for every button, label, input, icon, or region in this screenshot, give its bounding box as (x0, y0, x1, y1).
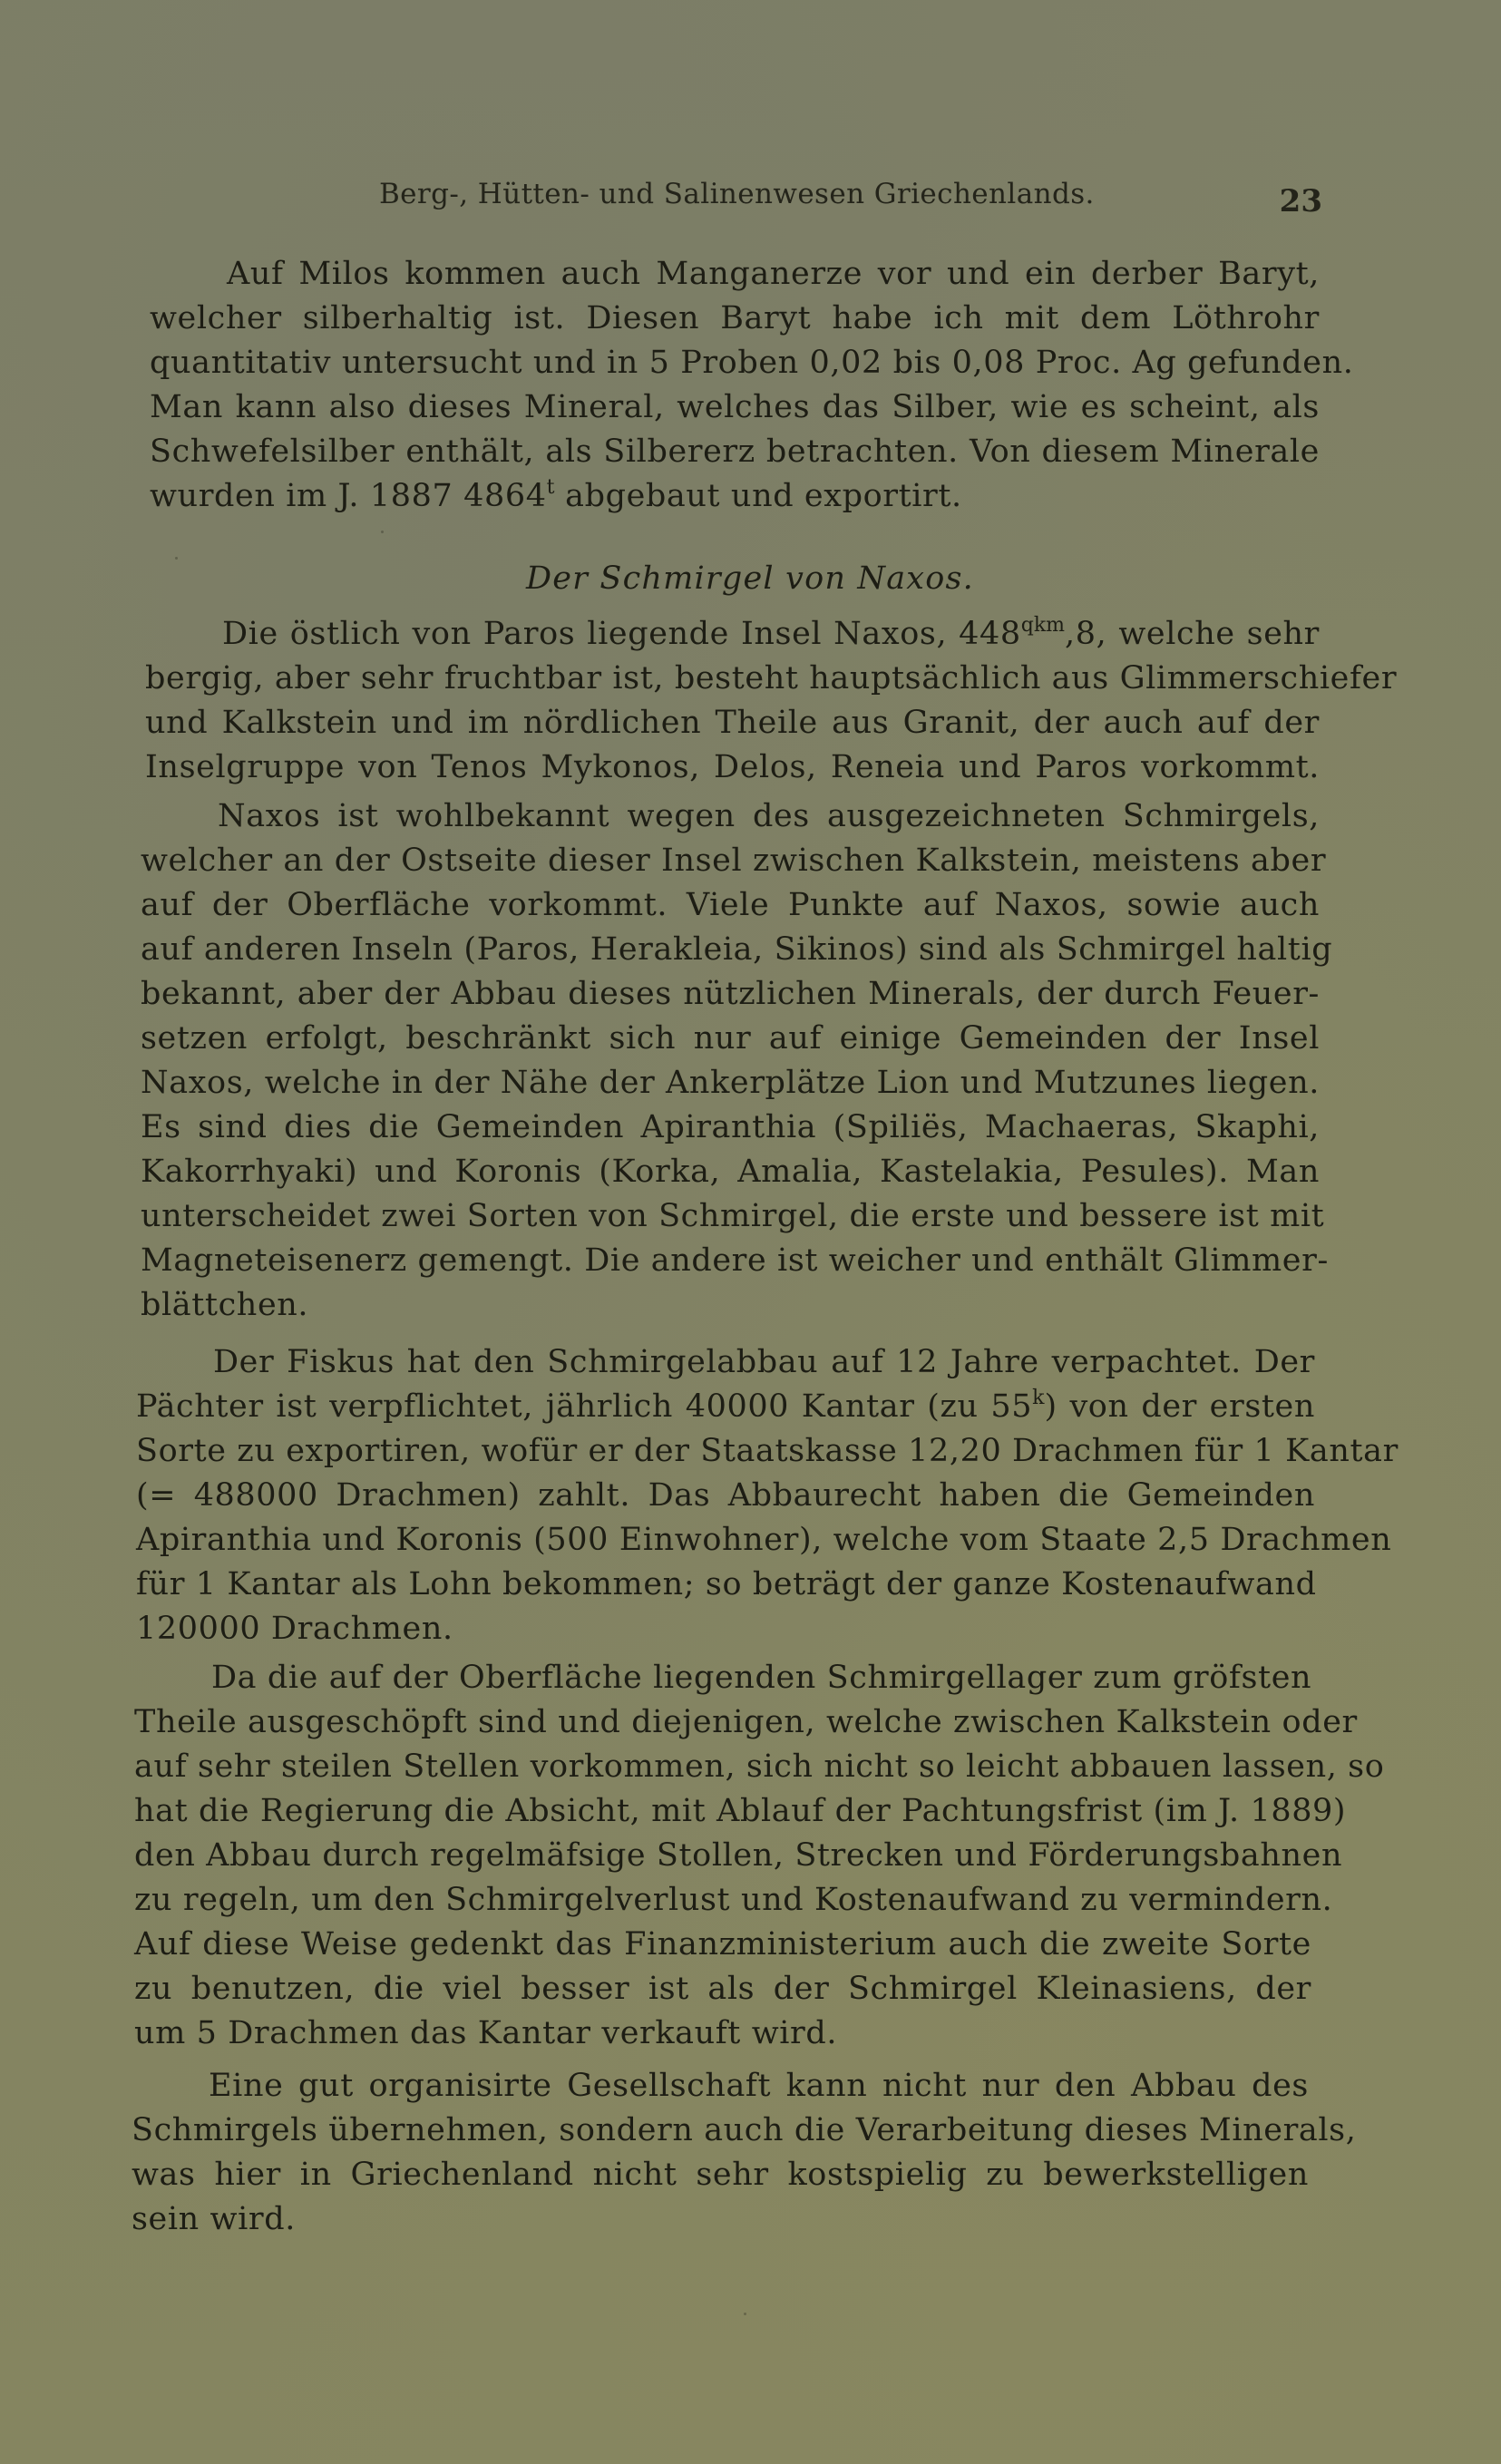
text-line: Es sind dies die Gemeinden Apiranthia (S… (141, 1105, 1320, 1150)
text-line: Schmirgels übernehmen, sondern auch die … (132, 2109, 1309, 2153)
text-line: blättchen. (141, 1283, 1320, 1328)
section-heading: Der Schmirgel von Naxos. (526, 560, 974, 597)
superscript-unit: qkm (1021, 614, 1065, 637)
text-line: auf sehr steilen Stellen vorkommen, sich… (134, 1745, 1311, 1789)
paragraph-gesellschaft: Eine gut organisirte Gesellschaft kann n… (132, 2064, 1309, 2242)
text-line: wurden im J. 1887 4864t abgebaut und exp… (150, 474, 1320, 519)
text-run: Pächter ist verpflichtet, jährlich 40000… (136, 1388, 1032, 1425)
text-run: abgebaut und exportirt. (554, 478, 961, 514)
paragraph-fiskus-pacht: Der Fiskus hat den Schmirgelabbau auf 12… (136, 1340, 1315, 1651)
text-line: um 5 Drachmen das Kantar verkauft wird. (134, 2011, 1311, 2056)
text-run: ,8, welche sehr (1065, 616, 1320, 652)
paragraph-milos-baryt: Auf Milos kommen auch Manganerze vor und… (150, 252, 1320, 519)
text-line: Apiranthia und Koronis (500 Einwohner), … (136, 1518, 1315, 1563)
running-head: Berg-, Hütten- und Salinenwesen Griechen… (379, 178, 1322, 218)
text-line: Sorte zu exportiren, wofür er der Staats… (136, 1429, 1315, 1474)
text-line: Inselgruppe von Tenos Mykonos, Delos, Re… (145, 745, 1320, 790)
text-line: Theile ausgeschöpft sind und diejenigen,… (134, 1700, 1311, 1745)
text-line: Naxos ist wohlbekannt wegen des ausgezei… (141, 794, 1320, 839)
text-line: Der Fiskus hat den Schmirgelabbau auf 12… (136, 1340, 1315, 1385)
text-line: zu regeln, um den Schmirgelverlust und K… (134, 1878, 1311, 1923)
text-line: quantitativ untersucht und in 5 Proben 0… (150, 341, 1320, 385)
text-run: wurden im J. 1887 4864 (150, 478, 547, 514)
text-line: Da die auf der Oberfläche liegenden Schm… (134, 1656, 1311, 1700)
text-line: Auf Milos kommen auch Manganerze vor und… (150, 252, 1320, 297)
text-line: welcher silberhaltig ist. Diesen Baryt h… (150, 297, 1320, 341)
text-run: ) von der ersten (1044, 1388, 1315, 1425)
text-line: Kakorrhyaki) und Koronis (Korka, Amalia,… (141, 1150, 1320, 1194)
text-line: Magneteisenerz gemengt. Die andere ist w… (141, 1239, 1320, 1283)
scan-speck (744, 2313, 746, 2315)
text-line: 120000 Drachmen. (136, 1607, 1315, 1651)
text-line: sein wird. (132, 2197, 1309, 2242)
scan-speck (175, 557, 178, 560)
paragraph-naxos-geography: Die östlich von Paros liegende Insel Nax… (145, 612, 1320, 790)
text-line: Eine gut organisirte Gesellschaft kann n… (132, 2064, 1309, 2109)
text-line: den Abbau durch regelmäfsige Stollen, St… (134, 1834, 1311, 1878)
text-line: Pächter ist verpflichtet, jährlich 40000… (136, 1385, 1315, 1429)
text-line: auf der Oberfläche vorkommt. Viele Punkt… (141, 883, 1320, 928)
scan-speck (381, 531, 384, 533)
paragraph-regierung-absicht: Da die auf der Oberfläche liegenden Schm… (134, 1656, 1311, 2056)
text-line: welcher an der Ostseite dieser Insel zwi… (141, 839, 1320, 883)
text-line: Schwefelsilber enthält, als Silbererz be… (150, 430, 1320, 474)
text-line: auf anderen Inseln (Paros, Herakleia, Si… (141, 928, 1320, 972)
text-line: und Kalkstein und im nördlichen Theile a… (145, 701, 1320, 745)
running-head-title: Berg-, Hütten- und Salinenwesen Griechen… (379, 178, 1095, 210)
page-number: 23 (1280, 183, 1322, 219)
text-line: (= 488000 Drachmen) zahlt. Das Abbaurech… (136, 1474, 1315, 1518)
text-line: Naxos, welche in der Nähe der Ankerplätz… (141, 1061, 1320, 1105)
text-line: was hier in Griechenland nicht sehr kost… (132, 2153, 1309, 2197)
text-line: bergig, aber sehr fruchtbar ist, besteht… (145, 657, 1320, 701)
text-line: unterscheidet zwei Sorten von Schmirgel,… (141, 1194, 1320, 1239)
text-line: hat die Regierung die Absicht, mit Ablau… (134, 1789, 1311, 1834)
book-page: Berg-, Hütten- und Salinenwesen Griechen… (0, 0, 1501, 2464)
text-line: zu benutzen, die viel besser ist als der… (134, 1967, 1311, 2011)
text-line: setzen erfolgt, beschränkt sich nur auf … (141, 1017, 1320, 1061)
text-line: Die östlich von Paros liegende Insel Nax… (145, 612, 1320, 657)
text-line: für 1 Kantar als Lohn bekommen; so beträ… (136, 1563, 1315, 1607)
text-run: Die östlich von Paros liegende Insel Nax… (222, 616, 1021, 652)
superscript-unit: k (1032, 1387, 1044, 1409)
paragraph-schmirgel-sorten: Naxos ist wohlbekannt wegen des ausgezei… (141, 794, 1320, 1328)
text-line: Auf diese Weise gedenkt das Finanzminist… (134, 1923, 1311, 1967)
text-line: Man kann also dieses Mineral, welches da… (150, 385, 1320, 430)
text-line: bekannt, aber der Abbau dieses nützliche… (141, 972, 1320, 1017)
